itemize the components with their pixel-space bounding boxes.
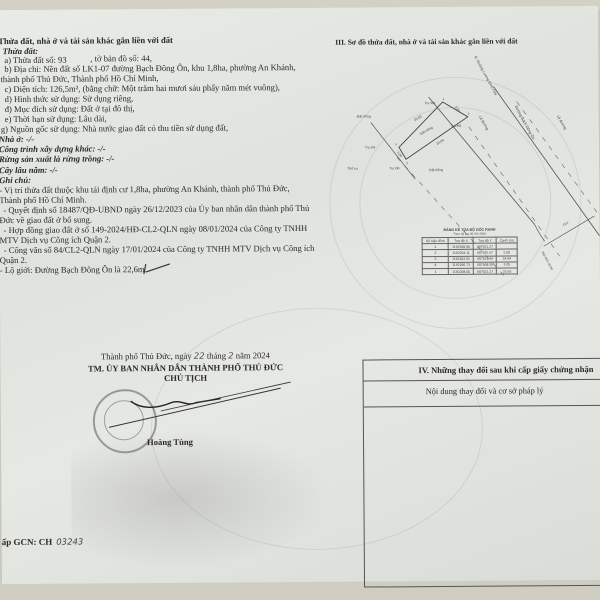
- area: c) Diện tích: 126,5m², (bằng chữ: Một tr…: [5, 82, 280, 94]
- svg-text:25,63: 25,63: [413, 114, 422, 122]
- notes-label: Ghi chú:: [0, 175, 31, 185]
- issue-day: 22: [194, 352, 205, 362]
- note-line: - Công văn số 84/CL2-QLN ngày 17/01/2024…: [4, 243, 315, 255]
- road-edge: [494, 86, 600, 237]
- note-line: Đức về giao đất ở bổ sung.: [0, 214, 92, 225]
- note-line: - Quyết định số 18487/QĐ-UBND ngày 26/12…: [3, 203, 309, 215]
- changes-section-title: IV. Những thay đổi sau khi cấp giấy chứn…: [363, 359, 600, 382]
- svg-text:24,94: 24,94: [435, 138, 444, 146]
- svg-text:2: 2: [468, 112, 470, 116]
- svg-text:Thổ cư: Thổ cư: [347, 167, 359, 171]
- usage-origin: g) Nguồn gốc sử dụng: Nhà nước giao đất …: [1, 122, 228, 134]
- gcn-number: 03243: [56, 538, 83, 548]
- coordinate-table: BẢNG KÊ TỌA ĐỘ GÓC RANH Theo hệ tọa độ V…: [422, 227, 518, 275]
- table-row: 11192208.00607621.2725.63: [422, 268, 517, 275]
- svg-text:1: 1: [443, 97, 445, 101]
- production-forest: Rừng sản xuất là rừng trồng: -/-: [0, 153, 114, 164]
- note-line: Thành phố Hồ Chí Minh.: [0, 194, 87, 205]
- section-title: Thửa đất, nhà ở và tài sản khác gắn liền…: [0, 35, 173, 46]
- svg-text:Trụ XM: Trụ XM: [365, 145, 376, 149]
- svg-text:Bán kính 10,00: Bán kính 10,00: [541, 251, 554, 271]
- issue-date: Thành phố Thủ Đức, ngày 22 tháng 2 năm 2…: [60, 350, 310, 363]
- land-info-section: Thửa đất, nhà ở và tài sản khác gắn liền…: [0, 34, 328, 36]
- certificate-sheet: Thửa đất, nhà ở và tài sản khác gắn liền…: [0, 6, 600, 584]
- map-sheet: , tờ bản đồ số: 44,: [90, 53, 152, 63]
- note-line: - Lộ giới: Đường Bạch Đông Ôn là 22,6m.: [0, 264, 147, 275]
- svg-text:4: 4: [395, 142, 397, 146]
- signature-block: Thành phố Thủ Đức, ngày 22 tháng 2 năm 2…: [60, 350, 310, 384]
- signature-stroke: [101, 380, 301, 431]
- svg-text:5,00: 5,00: [454, 105, 461, 113]
- usage-purpose: đ) Mục đích sử dụng: Đất ở tại đô thị,: [5, 103, 135, 114]
- diagram-section-title: III. Sơ đồ thửa đất, nhà ở và tài sản kh…: [335, 36, 517, 46]
- checkmark-annotation: [142, 260, 172, 276]
- parcel-diagram: Đất trống Đất trống Đất trống Thổ cư Trụ…: [328, 46, 600, 348]
- changes-section: IV. Những thay đổi sau khi cấp giấy chứn…: [362, 358, 600, 588]
- svg-text:Đất trống: Đất trống: [357, 115, 371, 119]
- svg-text:22,6: 22,6: [562, 220, 569, 227]
- svg-text:Đất trống: Đất trống: [419, 125, 433, 136]
- note-line: Quận 2.: [0, 255, 27, 265]
- svg-text:3: 3: [406, 161, 408, 165]
- issue-month: 2: [228, 351, 234, 361]
- coordinate-grid: Số hiệu đỉnh Tọa độ X Tọa độ Y Cạnh (m) …: [422, 236, 518, 275]
- svg-text:Lề đường: Lề đường: [478, 115, 489, 131]
- svg-text:Trụ XM: Trụ XM: [389, 166, 400, 170]
- changes-column-header: Nội dung thay đổi và cơ sở pháp lý: [364, 379, 600, 407]
- signer-name: Hoàng Tùng: [147, 437, 193, 447]
- house: Nhà ở: -/-: [0, 134, 34, 144]
- note-line: - Vị trí thửa đất thuộc khu tái định cư …: [0, 183, 290, 195]
- svg-text:Đ. Đường Lương Đình Của: Đ. Đường Lương Đình Của: [473, 55, 497, 96]
- boundary-line: [371, 122, 415, 179]
- svg-text:Đường Bạch Đông Ôn: Đường Bạch Đông Ôn: [514, 105, 536, 141]
- note-line: - Hợp đồng giao đất ở số 149-2024/HĐ-CL2…: [4, 223, 308, 235]
- perennial-trees: Cây lâu năm: -/-: [0, 165, 58, 175]
- usage-term: e) Thời hạn sử dụng: Lâu dài,: [5, 113, 107, 124]
- svg-text:Trụ XM: Trụ XM: [425, 101, 436, 105]
- gcn-registry: ấp GCN: CH03243: [2, 537, 84, 549]
- svg-text:Đất trống: Đất trống: [429, 168, 443, 172]
- svg-text:Lề đường: Lề đường: [556, 115, 567, 131]
- svg-text:Trụ XM: Trụ XM: [451, 124, 462, 128]
- svg-text:5,05: 5,05: [396, 151, 403, 159]
